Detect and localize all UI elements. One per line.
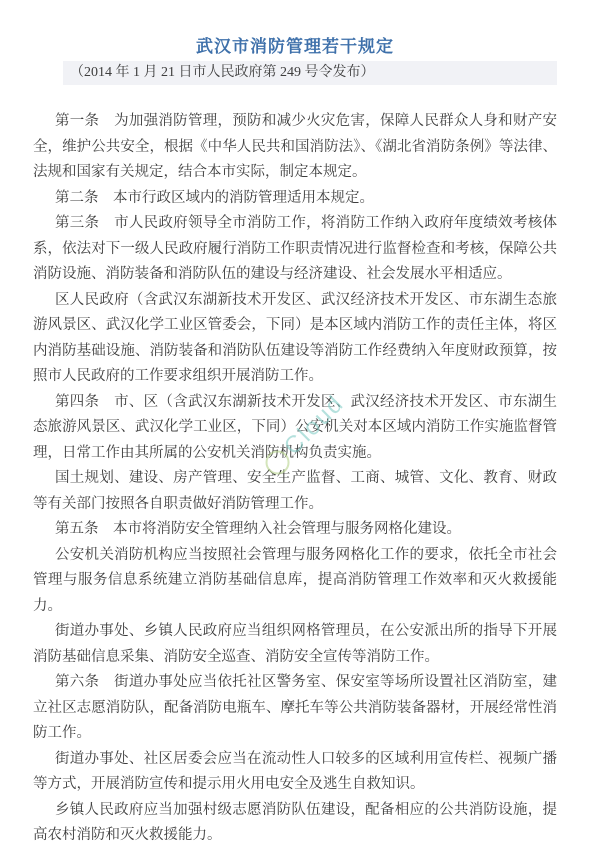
page-title: 武汉市消防管理若干规定 (33, 36, 557, 57)
paragraph-article-2: 第二条 本市行政区域内的消防管理适用本规定。 (33, 186, 557, 212)
publish-info-text: （2014 年 1 月 21 日市人民政府第 249 号令发布） (70, 65, 375, 80)
document-page: 武汉市消防管理若干规定 （2014 年 1 月 21 日市人民政府第 249 号… (0, 0, 595, 841)
publish-info-bar: （2014 年 1 月 21 日市人民政府第 249 号令发布） (63, 61, 557, 85)
paragraph-article-5-cont-1: 公安机关消防机构应当按照社会管理与服务网格化工作的要求，依托全市社会管理与服务信… (33, 543, 557, 620)
paragraph-article-6-cont-1: 街道办事处、社区居委会应当在流动性人口较多的区域利用宣传栏、视频广播等方式，开展… (33, 747, 557, 798)
paragraph-article-5: 第五条 本市将消防安全管理纳入社会管理与服务网格化建设。 (33, 517, 557, 543)
document-body: 第一条 为加强消防管理，预防和减少火灾危害，保障人民群众人身和财产安全，维护公共… (33, 109, 557, 841)
document-content: 武汉市消防管理若干规定 （2014 年 1 月 21 日市人民政府第 249 号… (33, 0, 557, 841)
paragraph-article-1: 第一条 为加强消防管理，预防和减少火灾危害，保障人民群众人身和财产安全，维护公共… (33, 109, 557, 186)
paragraph-article-4-cont: 国土规划、建设、房产管理、安全生产监督、工商、城管、文化、教育、财政等有关部门按… (33, 466, 557, 517)
paragraph-article-3-cont: 区人民政府（含武汉东湖新技术开发区、武汉经济技术开发区、市东湖生态旅游风景区、武… (33, 288, 557, 390)
paragraph-article-4: 第四条 市、区（含武汉东湖新技术开发区、武汉经济技术开发区、市东湖生态旅游风景区… (33, 390, 557, 467)
paragraph-article-6-cont-2: 乡镇人民政府应当加强村级志愿消防队伍建设，配备相应的公共消防设施，提高农村消防和… (33, 798, 557, 841)
paragraph-article-3: 第三条 市人民政府领导全市消防工作，将消防工作纳入政府年度绩效考核体系，依法对下… (33, 211, 557, 288)
paragraph-article-5-cont-2: 街道办事处、乡镇人民政府应当组织网格管理员，在公安派出所的指导下开展消防基础信息… (33, 619, 557, 670)
paragraph-article-6: 第六条 街道办事处应当依托社区警务室、保安室等场所设置社区消防室，建立社区志愿消… (33, 670, 557, 747)
